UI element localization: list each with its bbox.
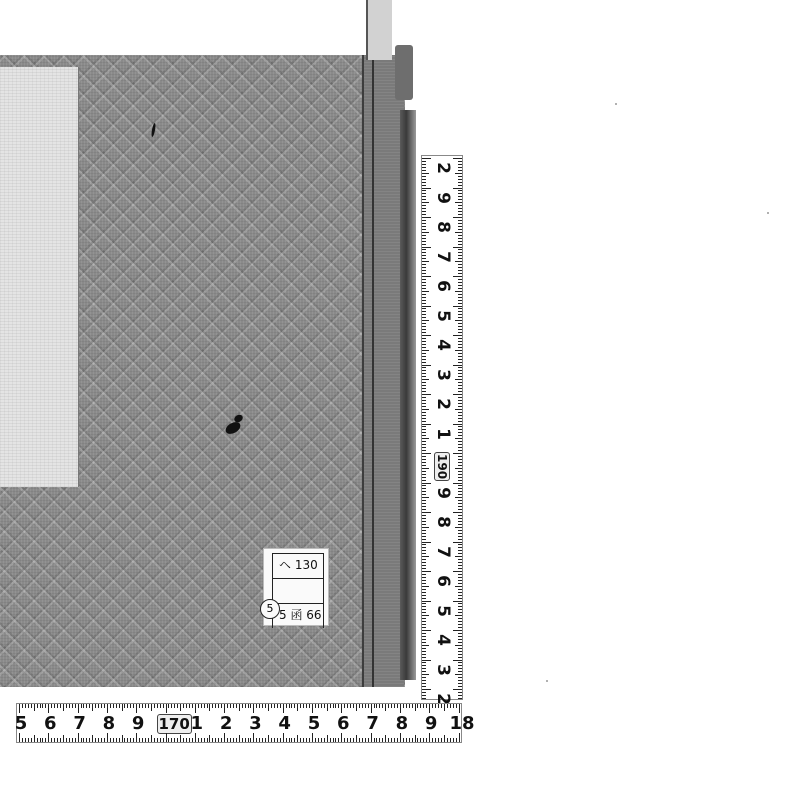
ruler-tick <box>89 704 90 708</box>
ruler-tick <box>422 229 426 230</box>
ruler-tick <box>409 704 410 708</box>
ruler-tick <box>458 471 462 472</box>
ruler-tick <box>289 738 290 742</box>
ruler-tick <box>422 677 426 678</box>
ruler-tick <box>69 704 70 708</box>
ruler-tick <box>186 704 187 708</box>
ruler-tick <box>422 556 429 557</box>
ruler-tick <box>133 704 134 708</box>
ruler-tick <box>453 276 462 277</box>
ruler-tick <box>458 255 462 256</box>
ruler-tick <box>422 379 429 380</box>
ruler-tick <box>283 704 284 713</box>
ruler-tick <box>429 704 430 713</box>
ruler-tick <box>382 738 383 742</box>
ruler-tick <box>455 173 462 174</box>
ruler-tick <box>422 686 426 687</box>
ruler-tick <box>312 733 313 742</box>
ruler-tick <box>54 738 55 742</box>
ruler-tick <box>130 738 131 742</box>
ruler-tick <box>422 485 426 486</box>
ruler-tick <box>458 639 462 640</box>
ruler-tick <box>54 704 55 708</box>
ruler-tick <box>422 356 426 357</box>
ruler-tick <box>422 235 426 236</box>
ruler-tick <box>412 704 413 708</box>
ruler-tick <box>209 704 210 711</box>
ruler-tick <box>422 651 426 652</box>
ruler-tick <box>422 456 426 457</box>
ruler-tick <box>422 362 426 363</box>
ruler-tick <box>221 738 222 742</box>
ruler-tick <box>422 660 431 661</box>
ruler-tick <box>422 494 426 495</box>
ruler-tick <box>458 654 462 655</box>
ruler-tick <box>458 698 462 699</box>
ruler-number: 5 <box>433 600 453 622</box>
ruler-tick <box>453 335 462 336</box>
ruler-tick <box>455 291 462 292</box>
ruler-tick <box>422 247 431 248</box>
ruler-tick <box>212 738 213 742</box>
ruler-tick <box>422 595 426 596</box>
ruler-tick <box>242 704 243 708</box>
ruler-tick <box>458 536 462 537</box>
ruler-tick <box>40 704 41 708</box>
ruler-tick <box>318 704 319 708</box>
ruler-tick <box>422 347 426 348</box>
ruler-number: 2 <box>215 713 237 734</box>
ruler-tick <box>215 738 216 742</box>
ruler-tick <box>458 182 462 183</box>
ruler-tick <box>458 214 462 215</box>
ruler-tick <box>259 704 260 708</box>
ruler-tick <box>124 704 125 708</box>
ruler-tick <box>422 373 426 374</box>
ruler-tick <box>116 738 117 742</box>
ruler-tick <box>391 704 392 708</box>
ruler-number: 8 <box>433 511 453 533</box>
ruler-tick <box>422 662 426 663</box>
ruler-tick <box>458 359 462 360</box>
ruler-number: 7 <box>69 713 91 734</box>
ruler-tick <box>422 208 426 209</box>
ruler-tick <box>422 317 426 318</box>
ruler-tick <box>422 403 426 404</box>
ruler-tick <box>458 311 462 312</box>
ruler-tick <box>458 459 462 460</box>
ruler-tick <box>265 738 266 742</box>
ruler-tick <box>458 270 462 271</box>
ruler-tick <box>297 735 298 742</box>
ruler-tick <box>458 341 462 342</box>
ruler-tick <box>422 223 426 224</box>
ruler-tick <box>171 704 172 708</box>
ruler-tick <box>148 738 149 742</box>
ruler-tick <box>107 704 108 713</box>
ruler-tick <box>422 544 426 545</box>
ruler-tick <box>151 735 152 742</box>
ruler-tick <box>458 303 462 304</box>
ruler-tick <box>160 738 161 742</box>
ruler-tick <box>458 435 462 436</box>
ruler-tick <box>422 598 426 599</box>
ruler-tick <box>453 601 462 602</box>
ruler-tick <box>453 188 462 189</box>
page-edge <box>400 110 416 680</box>
ruler-tick <box>412 738 413 742</box>
ruler-tick <box>455 202 462 203</box>
ruler-tick <box>458 164 462 165</box>
ruler-tick <box>145 704 146 708</box>
ruler-tick <box>75 738 76 742</box>
ruler-tick <box>458 580 462 581</box>
call-number-label: ヘ 130 5 函 66 5 <box>263 548 329 626</box>
ruler-tick <box>133 738 134 742</box>
ruler-tick <box>335 738 336 742</box>
ruler-tick <box>148 704 149 708</box>
ruler-tick <box>458 612 462 613</box>
ruler-tick <box>253 733 254 742</box>
ruler-tick <box>365 738 366 742</box>
ruler-tick <box>422 683 426 684</box>
ruler-tick <box>422 698 426 699</box>
ruler-tick <box>362 704 363 708</box>
ruler-tick <box>338 738 339 742</box>
ruler-tick <box>458 447 462 448</box>
ruler-tick <box>22 738 23 742</box>
ruler-tick <box>422 565 426 566</box>
ruler-tick <box>174 738 175 742</box>
ruler-tick <box>458 603 462 604</box>
ruler-tick <box>422 188 431 189</box>
ruler-tick <box>422 539 426 540</box>
ruler-tick <box>458 300 462 301</box>
ruler-tick <box>110 738 111 742</box>
ruler-tick <box>224 704 225 713</box>
ruler-tick <box>160 704 161 708</box>
ruler-tick <box>376 704 377 708</box>
stain-mark <box>224 420 243 437</box>
ruler-tick <box>458 559 462 560</box>
ruler-tick <box>368 704 369 708</box>
ruler-tick <box>458 167 462 168</box>
ruler-tick <box>453 453 462 454</box>
ruler-tick <box>459 704 460 713</box>
ruler-tick <box>458 474 462 475</box>
ruler-tick <box>458 550 462 551</box>
ruler-tick <box>422 282 426 283</box>
ruler-tick <box>142 704 143 708</box>
ruler-tick <box>303 704 304 708</box>
ruler-tick <box>422 674 429 675</box>
ruler-tick <box>458 294 462 295</box>
ruler-tick <box>453 394 462 395</box>
ruler-tick <box>300 738 301 742</box>
ruler-tick <box>458 432 462 433</box>
ruler-tick <box>89 738 90 742</box>
ruler-tick <box>371 704 372 713</box>
ruler-tick <box>422 196 426 197</box>
ruler-tick <box>130 704 131 708</box>
ruler-tick <box>458 273 462 274</box>
ruler-tick <box>458 362 462 363</box>
ruler-tick <box>422 506 426 507</box>
ruler-tick <box>422 606 426 607</box>
ruler-tick <box>458 621 462 622</box>
ruler-tick <box>444 704 445 711</box>
ruler-tick <box>458 288 462 289</box>
ruler-tick <box>406 738 407 742</box>
ruler-tick <box>48 733 49 742</box>
ruler-tick <box>458 308 462 309</box>
ruler-tick <box>204 738 205 742</box>
ruler-tick <box>458 170 462 171</box>
ruler-tick <box>218 704 219 708</box>
ruler-tick <box>458 211 462 212</box>
ruler-tick <box>212 704 213 708</box>
ruler-tick <box>277 738 278 742</box>
ruler-tick <box>245 738 246 742</box>
ruler-tick <box>458 583 462 584</box>
ruler-tick <box>458 317 462 318</box>
ruler-tick <box>458 190 462 191</box>
ruler-tick <box>422 238 426 239</box>
ruler-tick <box>415 735 416 742</box>
ruler-tick <box>422 323 426 324</box>
ruler-tick <box>422 376 426 377</box>
ruler-number: 7 <box>433 541 453 563</box>
ruler-tick <box>274 704 275 708</box>
ruler-tick <box>422 521 426 522</box>
ruler-tick <box>154 738 155 742</box>
ruler-tick <box>374 738 375 742</box>
book-spine-binding <box>362 55 404 687</box>
ruler-number: 8 <box>391 713 413 734</box>
ruler-tick <box>422 394 431 395</box>
ruler-tick <box>289 704 290 708</box>
ruler-tick <box>37 738 38 742</box>
ruler-tick <box>209 735 210 742</box>
horizontal-ruler: 5678917012345678918 <box>16 703 462 743</box>
ruler-tick <box>422 285 426 286</box>
ruler-tick <box>458 465 462 466</box>
ruler-tick <box>116 704 117 708</box>
ruler-tick <box>453 542 462 543</box>
ruler-tick <box>456 738 457 742</box>
ruler-tick <box>455 556 462 557</box>
ruler-number: 5 <box>10 713 32 734</box>
ruler-number: 7 <box>433 246 453 268</box>
ruler-tick <box>422 306 431 307</box>
ruler-tick <box>291 704 292 708</box>
ruler-tick <box>422 480 426 481</box>
ruler-tick <box>455 527 462 528</box>
ruler-tick <box>455 645 462 646</box>
ruler-tick <box>422 624 426 625</box>
ruler-tick <box>92 735 93 742</box>
ruler-tick <box>458 518 462 519</box>
ruler-number: 170 <box>157 713 179 734</box>
ruler-tick <box>262 704 263 708</box>
ruler-tick <box>422 267 426 268</box>
ruler-tick <box>394 704 395 708</box>
ruler-tick <box>453 424 462 425</box>
ruler-tick <box>422 657 426 658</box>
ruler-tick <box>122 704 123 711</box>
ruler-tick <box>422 353 426 354</box>
ruler-tick <box>122 735 123 742</box>
ruler-tick <box>422 185 426 186</box>
ruler-tick <box>189 704 190 708</box>
ruler-tick <box>422 182 426 183</box>
ruler-tick <box>163 704 164 708</box>
ruler-tick <box>95 738 96 742</box>
ruler-tick <box>259 738 260 742</box>
ruler-tick <box>34 704 35 711</box>
dust-speck <box>546 680 548 682</box>
ruler-tick <box>422 350 429 351</box>
ruler-tick <box>347 704 348 708</box>
dust-speck <box>767 212 769 214</box>
ruler-tick <box>422 592 426 593</box>
ruler-tick <box>453 738 454 742</box>
ruler-tick <box>438 704 439 708</box>
ruler-tick <box>422 571 431 572</box>
ruler-tick <box>136 733 137 742</box>
ruler-tick <box>422 424 431 425</box>
ruler-tick <box>25 738 26 742</box>
circled-number: 5 <box>260 599 280 619</box>
ruler-tick <box>458 633 462 634</box>
ruler-tick <box>417 704 418 708</box>
book-cover <box>0 55 405 687</box>
ruler-tick <box>271 704 272 708</box>
ruler-tick <box>189 738 190 742</box>
ruler-tick <box>344 704 345 708</box>
ruler-tick <box>453 630 462 631</box>
ruler-tick <box>422 406 426 407</box>
ruler-tick <box>458 329 462 330</box>
ruler-tick <box>422 308 426 309</box>
ruler-tick <box>422 300 426 301</box>
ruler-tick <box>374 704 375 708</box>
ruler-tick <box>458 382 462 383</box>
ruler-tick <box>458 609 462 610</box>
ruler-tick <box>324 704 325 708</box>
ruler-tick <box>432 738 433 742</box>
ruler-tick <box>422 311 426 312</box>
ruler-tick <box>447 704 448 708</box>
ruler-tick <box>458 264 462 265</box>
ruler-tick <box>422 205 426 206</box>
ruler-tick <box>86 704 87 708</box>
ruler-tick <box>333 704 334 708</box>
ruler-tick <box>104 738 105 742</box>
ruler-tick <box>458 592 462 593</box>
ruler-tick <box>422 459 426 460</box>
ruler-tick <box>45 704 46 708</box>
ruler-tick <box>422 583 426 584</box>
ruler-tick <box>280 738 281 742</box>
ruler-tick <box>422 367 426 368</box>
ruler-tick <box>180 704 181 711</box>
ruler-tick <box>422 612 426 613</box>
ruler-tick <box>453 660 462 661</box>
ruler-tick <box>458 226 462 227</box>
ruler-tick <box>195 704 196 713</box>
ruler-tick <box>455 615 462 616</box>
ruler-tick <box>458 185 462 186</box>
ruler-tick <box>422 314 426 315</box>
binding-thread-line <box>372 55 374 687</box>
ruler-tick <box>458 205 462 206</box>
ruler-tick <box>107 733 108 742</box>
ruler-tick <box>371 733 372 742</box>
ruler-tick <box>444 735 445 742</box>
ruler-tick <box>453 247 462 248</box>
ruler-tick <box>422 586 429 587</box>
ruler-tick <box>458 344 462 345</box>
ruler-tick <box>458 665 462 666</box>
ruler-tick <box>379 704 380 708</box>
ruler-tick <box>422 382 426 383</box>
ruler-tick <box>271 738 272 742</box>
ruler-tick <box>397 738 398 742</box>
ruler-tick <box>422 359 426 360</box>
ruler-tick <box>400 733 401 742</box>
ruler-tick <box>382 704 383 708</box>
ruler-tick <box>458 491 462 492</box>
ruler-tick <box>400 704 401 713</box>
ruler-tick <box>136 704 137 713</box>
ruler-number: 9 <box>433 187 453 209</box>
ruler-tick <box>48 704 49 713</box>
ruler-tick <box>422 633 426 634</box>
ruler-tick <box>385 735 386 742</box>
ruler-tick <box>180 735 181 742</box>
ruler-tick <box>422 193 426 194</box>
ruler-tick <box>458 285 462 286</box>
ruler-tick <box>422 483 431 484</box>
ruler-number: 1 <box>186 713 208 734</box>
ruler-tick <box>458 642 462 643</box>
ruler-tick <box>458 506 462 507</box>
ruler-tick <box>420 738 421 742</box>
ruler-tick <box>458 391 462 392</box>
ruler-tick <box>142 738 143 742</box>
ruler-tick <box>422 615 429 616</box>
ruler-tick <box>456 704 457 708</box>
ruler-tick <box>236 738 237 742</box>
ruler-tick <box>198 738 199 742</box>
ruler-tick <box>422 609 426 610</box>
ruler-tick <box>458 686 462 687</box>
ruler-tick <box>81 738 82 742</box>
ruler-tick <box>458 683 462 684</box>
ruler-tick <box>239 704 240 711</box>
ruler-number: 2 <box>433 157 453 179</box>
ruler-tick <box>422 329 426 330</box>
ruler-tick <box>262 738 263 742</box>
ruler-tick <box>458 651 462 652</box>
ruler-tick <box>315 738 316 742</box>
ruler-tick <box>455 232 462 233</box>
ruler-tick <box>422 533 426 534</box>
ruler-tick <box>455 438 462 439</box>
ruler-tick <box>422 211 426 212</box>
ruler-tick <box>455 350 462 351</box>
